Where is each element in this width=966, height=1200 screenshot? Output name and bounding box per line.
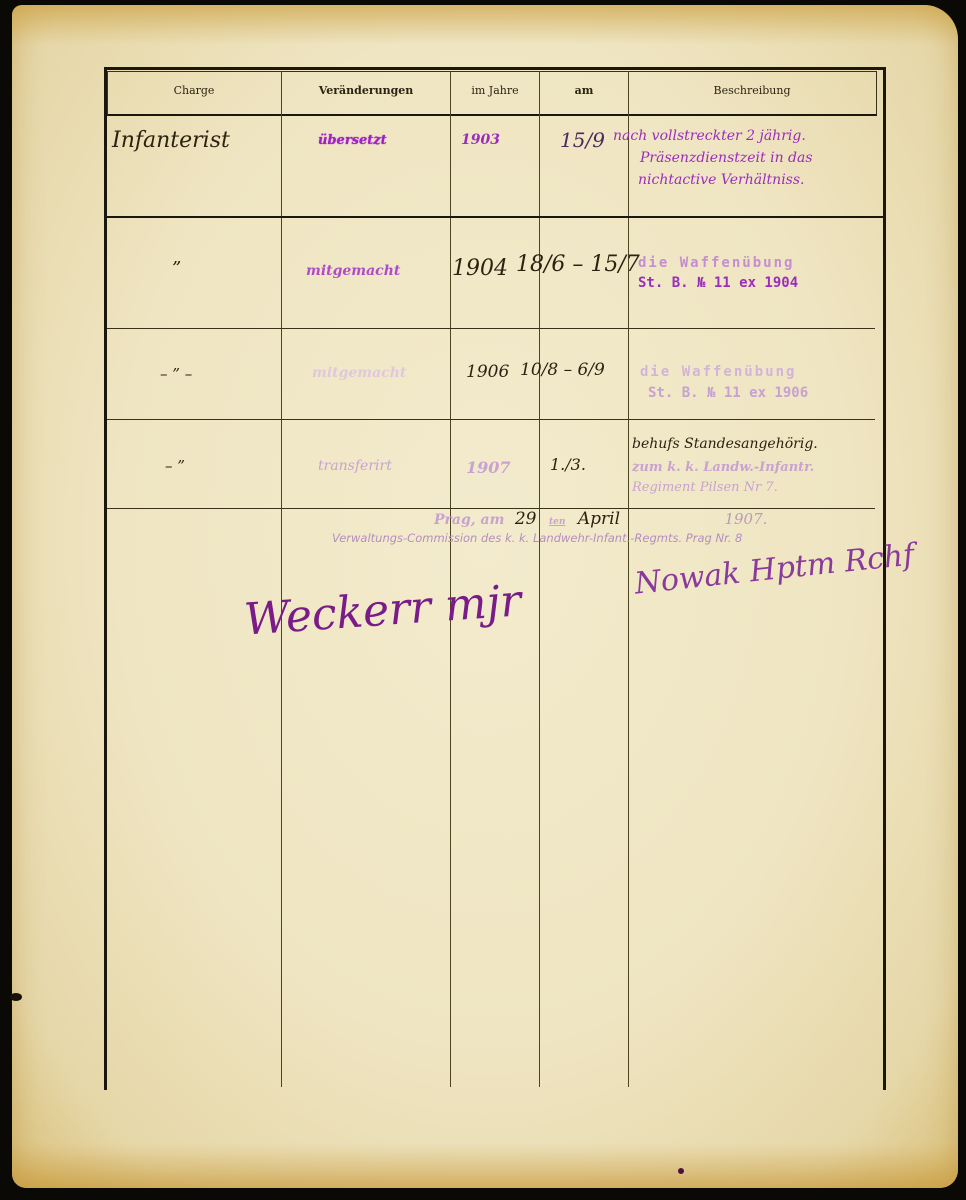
date-day: 29	[515, 509, 537, 529]
cell-charge: Infanterist	[112, 128, 230, 153]
header-am: am	[540, 84, 628, 97]
cell-jahr: 1906	[466, 362, 509, 382]
cell-am: 18/6 – 15/7	[516, 252, 640, 277]
ink-speck	[678, 1168, 684, 1174]
cell-jahr: 1904	[452, 256, 508, 281]
date-year: 1907.	[724, 510, 767, 528]
cell-veraenderung: transferirt	[318, 458, 392, 474]
cell-beschreibung-line: Präsenzdienstzeit in das	[640, 150, 813, 166]
cell-beschreibung-line: St. B. № 11 ex 1904	[638, 275, 798, 291]
cell-beschreibung-line: Regiment Pilsen Nr 7.	[632, 480, 778, 495]
column-divider	[281, 71, 282, 1087]
paper-tear	[10, 993, 22, 1001]
row-divider	[107, 419, 875, 420]
date-line: Prag, am 29 ten April 1907.	[434, 509, 767, 529]
cell-charge: ”	[172, 258, 181, 279]
cell-jahr: 1907	[466, 458, 511, 477]
column-divider	[450, 71, 451, 1087]
cell-beschreibung-line: nichtactive Verhältniss.	[638, 172, 805, 188]
cell-veraenderung: übersetzt	[318, 133, 387, 148]
cell-am: 10/8 – 6/9	[520, 360, 605, 380]
header-charge: Charge	[107, 84, 281, 97]
cell-beschreibung-line: die Waffenübung	[640, 364, 796, 380]
cell-charge: – ”	[165, 457, 185, 475]
row-divider	[107, 328, 875, 329]
cell-beschreibung-line: nach vollstreckter 2 jährig.	[613, 128, 806, 144]
cell-beschreibung-line: zum k. k. Landw.-Infantr.	[632, 460, 814, 475]
header-beschreibung: Beschreibung	[629, 84, 875, 97]
header-veraenderungen: Veränderungen	[282, 84, 450, 97]
cell-charge: – ” –	[160, 365, 192, 383]
cell-beschreibung-line: St. B. № 11 ex 1906	[648, 385, 808, 401]
date-month: April	[578, 509, 620, 529]
cell-beschreibung-line: behufs Standesangehörig.	[632, 436, 818, 452]
column-divider	[539, 71, 540, 1087]
cell-jahr: 1903	[461, 132, 500, 148]
cell-am: 1./3.	[550, 455, 586, 474]
column-divider	[628, 71, 629, 1087]
date-prefix: Prag, am	[434, 512, 504, 528]
cell-beschreibung-line: die Waffenübung	[638, 255, 794, 271]
date-suffix: ten	[549, 517, 565, 527]
header-im-jahre: im Jahre	[451, 84, 539, 97]
row-divider	[107, 216, 883, 218]
commission-stamp: Verwaltungs-Commission des k. k. Landweh…	[332, 531, 742, 545]
cell-veraenderung: mitgemacht	[312, 365, 406, 381]
cell-am: 15/9	[560, 128, 605, 152]
cell-veraenderung: mitgemacht	[306, 263, 400, 279]
